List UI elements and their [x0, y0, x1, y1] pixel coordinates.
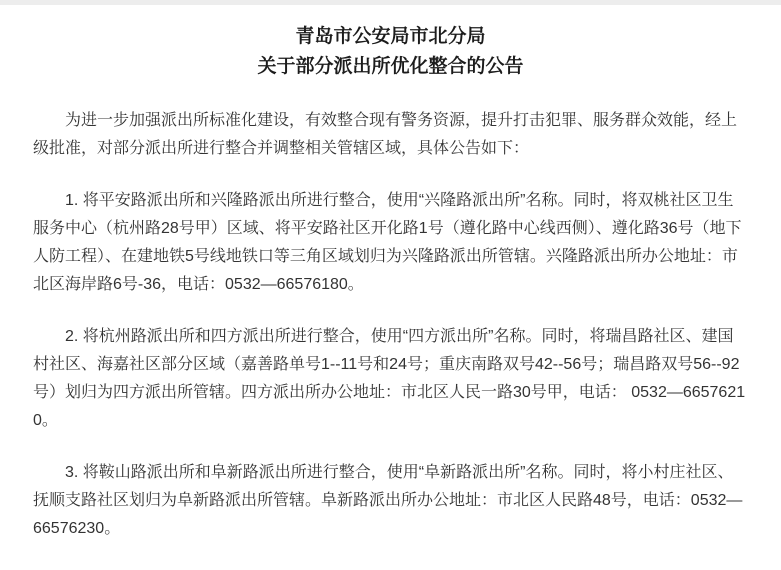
item-3-paragraph: 3. 将鞍山路派出所和阜新路派出所进行整合，使用“阜新路派出所”名称。同时，将小… [33, 459, 748, 543]
item-1-paragraph: 1. 将平安路派出所和兴隆路派出所进行整合，使用“兴隆路派出所”名称。同时，将双… [33, 187, 748, 299]
document-title: 青岛市公安局市北分局 关于部分派出所优化整合的公告 [33, 22, 748, 82]
document-title-line-1: 青岛市公安局市北分局 [33, 22, 748, 52]
item-2-paragraph: 2. 将杭州路派出所和四方派出所进行整合，使用“四方派出所”名称。同时，将瑞昌路… [33, 323, 748, 435]
announcement-document: 青岛市公安局市北分局 关于部分派出所优化整合的公告 为进一步加强派出所标准化建设… [0, 5, 781, 543]
document-title-line-2: 关于部分派出所优化整合的公告 [33, 52, 748, 82]
intro-paragraph: 为进一步加强派出所标准化建设，有效整合现有警务资源，提升打击犯罪、服务群众效能，… [33, 107, 748, 163]
